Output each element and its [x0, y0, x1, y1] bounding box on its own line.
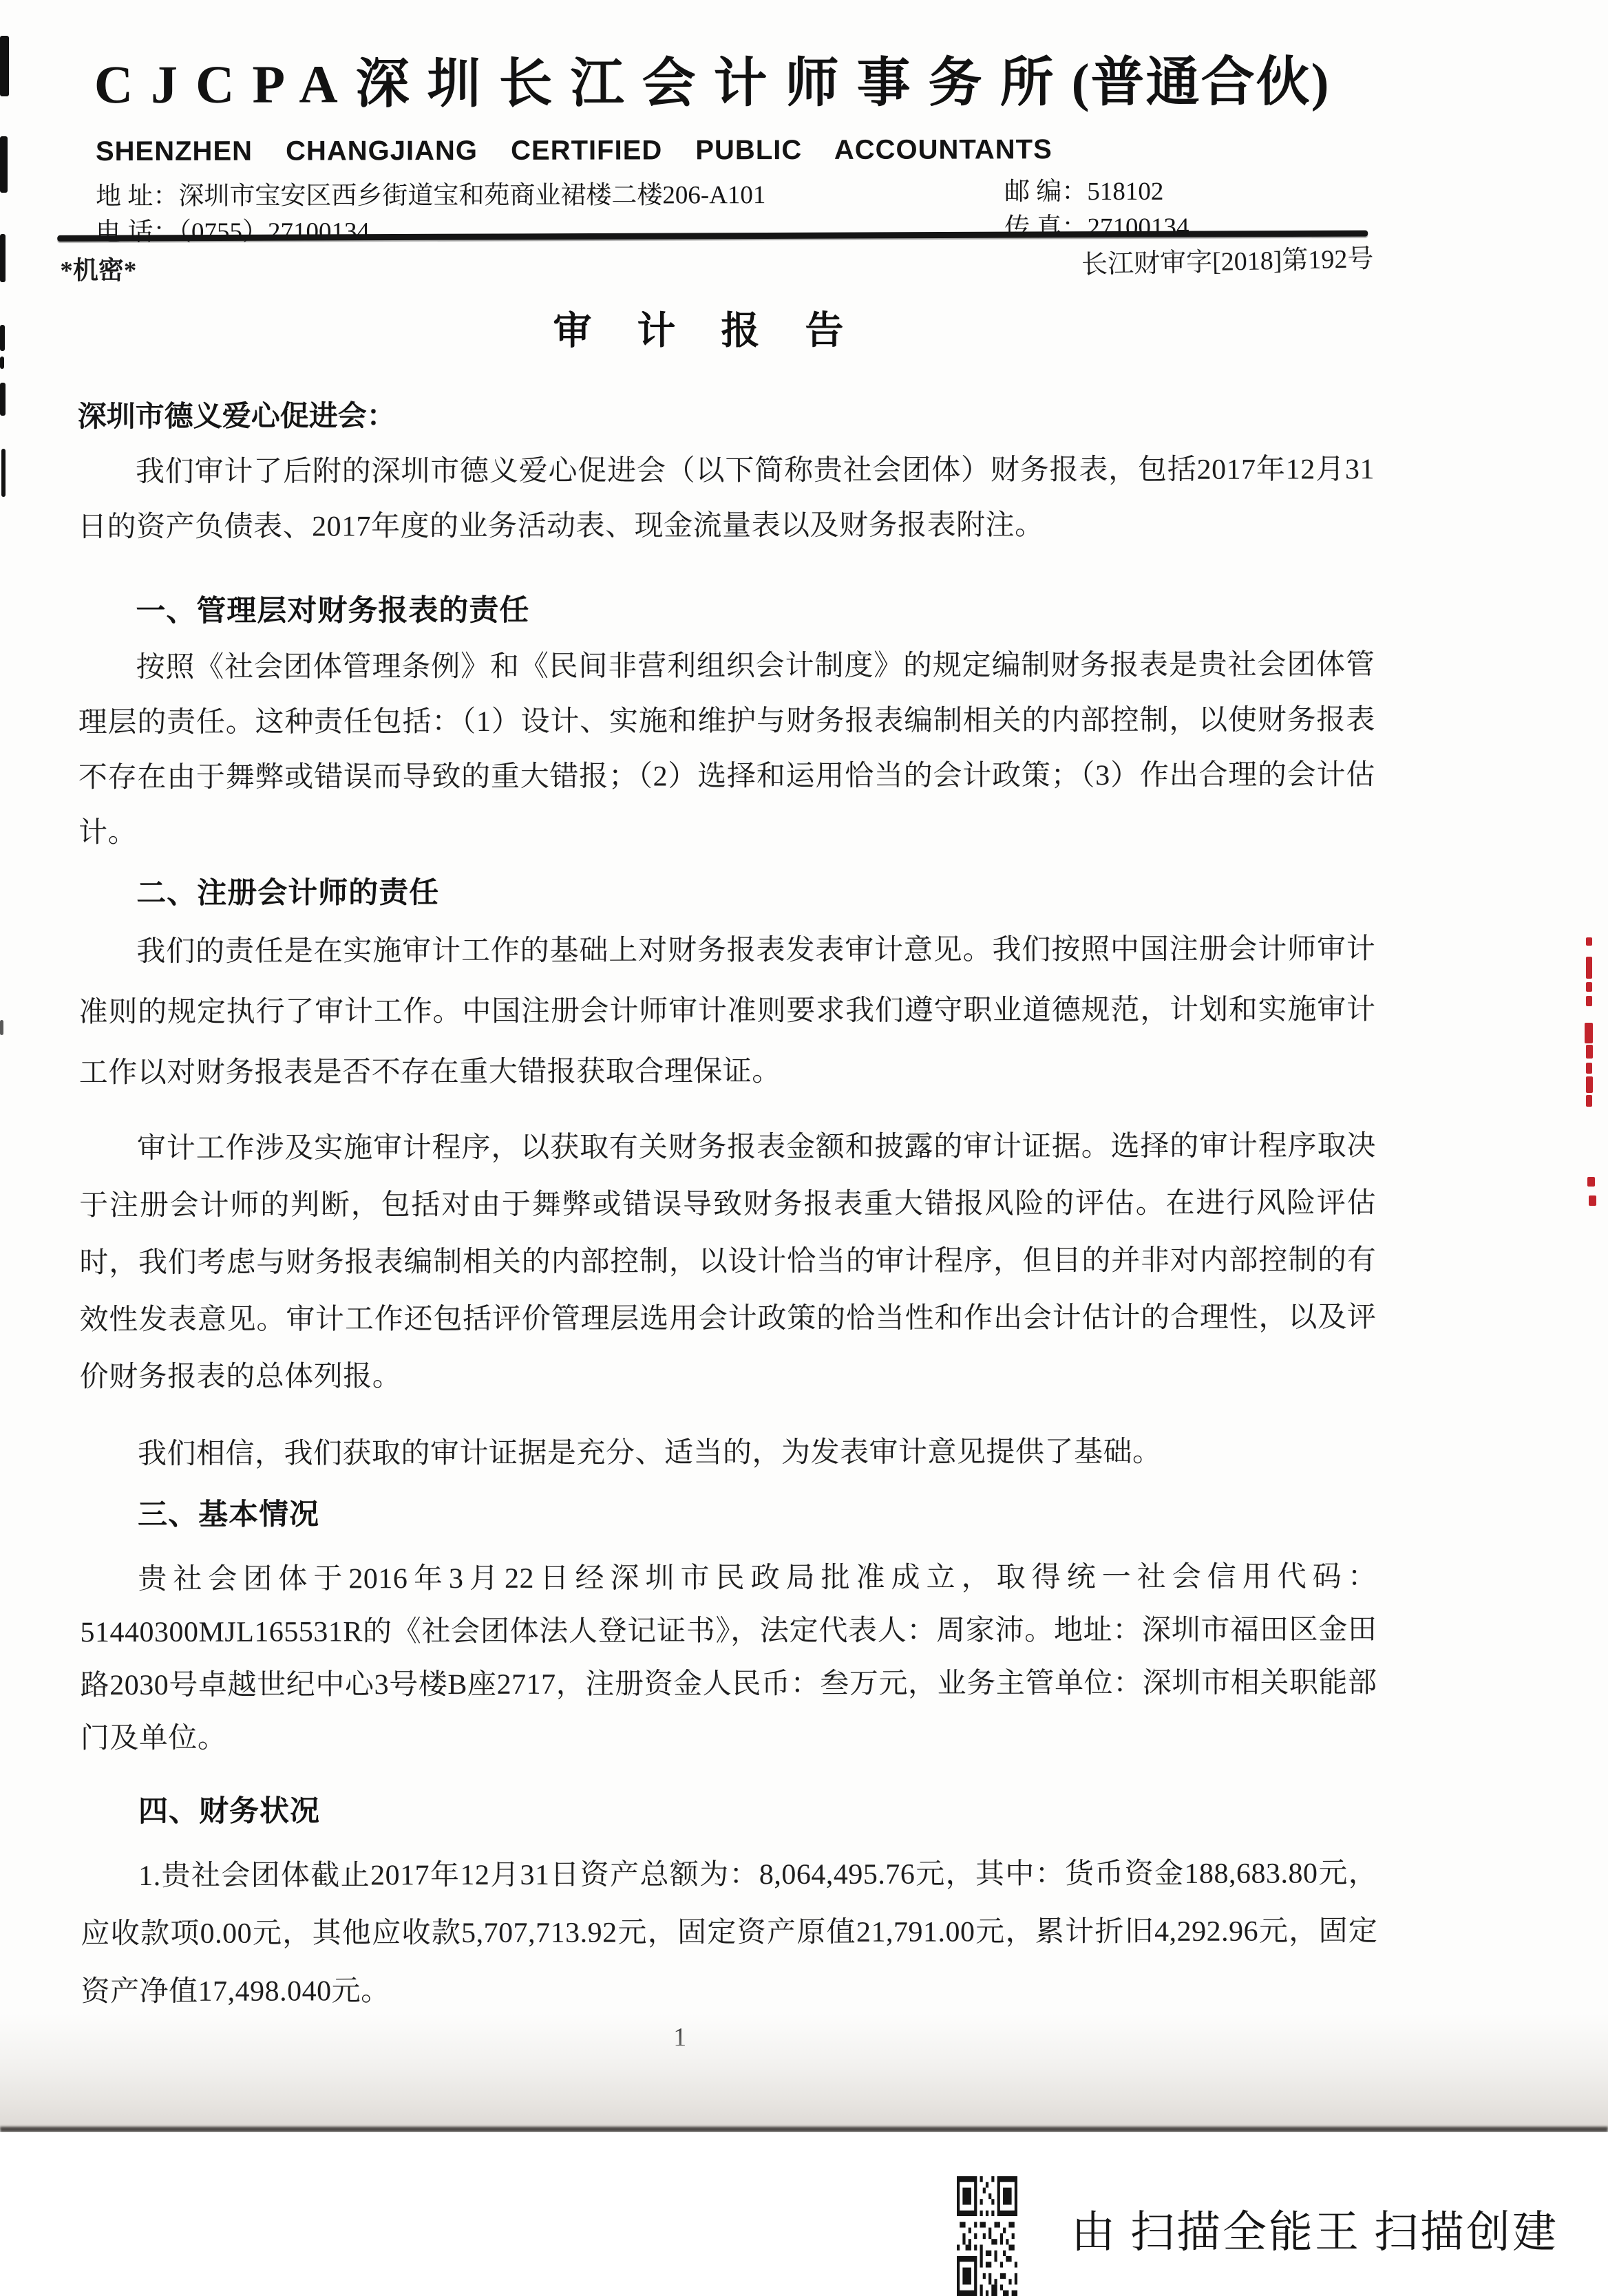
company-name-cn: CJCPA深圳长江会计师事务所(普通合伙) — [94, 39, 1388, 118]
scan-artifact-mark — [0, 136, 8, 193]
scan-paper-bottom-edge — [0, 2127, 1608, 2132]
red-edge-mark — [1585, 1023, 1593, 1043]
section-2-heading: 二、注册会计师的责任 — [136, 869, 439, 912]
company-phone: 电 话：（0755）27100134 — [96, 210, 370, 248]
scan-artifact-mark — [0, 1020, 3, 1035]
addressee: 深圳市德义爱心促进会： — [78, 393, 396, 435]
scan-artifact-mark — [1, 449, 6, 497]
red-edge-mark — [1586, 1076, 1593, 1093]
scan-artifact-mark — [0, 383, 6, 416]
section-4-heading: 四、财务状况 — [138, 1787, 320, 1830]
qr-code — [957, 2176, 1017, 2296]
scan-artifact-mark — [0, 234, 6, 282]
postal-code: 邮 编：518102 — [1004, 170, 1163, 207]
red-edge-mark — [1586, 937, 1592, 946]
section-2-paragraph-2: 审计工作涉及实施审计程序，以获取有关财务报表金额和披露的审计证据。选择的审计程序… — [79, 1118, 1377, 1406]
section-2-paragraph-3: 我们相信，我们获取的审计证据是充分、适当的，为发表审计意见提供了基础。 — [80, 1424, 1377, 1482]
section-4-paragraph: 1.贵社会团体截止2017年12月31日资产总额为：8,064,495.76元，… — [81, 1845, 1378, 2021]
red-edge-mark — [1586, 1095, 1592, 1107]
red-edge-mark — [1586, 957, 1592, 979]
document-number: 长江财审字[2018]第192号 — [927, 237, 1374, 284]
camscanner-watermark-text: 由 扫描全能王 扫描创建 — [1071, 2197, 1558, 2260]
section-2-paragraph-1: 我们的责任是在实施审计工作的基础上对财务报表发表审计意见。我们按照中国注册会计师… — [78, 919, 1376, 1103]
section-1-heading: 一、管理层对财务报表的责任 — [136, 587, 529, 630]
red-edge-mark — [1586, 996, 1592, 1006]
page-title: 审 计 报 告 — [77, 299, 1337, 357]
confidential-label: *机密* — [60, 249, 136, 286]
red-edge-mark — [1586, 982, 1592, 992]
section-1-paragraph: 按照《社会团体管理条例》和《民间非营利组织会计制度》的规定编制财务报表是贵社会团… — [78, 637, 1375, 860]
paragraph-intro: 我们审计了后附的深圳市德义爱心促进会（以下简称贵社会团体）财务报表，包括2017… — [78, 442, 1375, 555]
red-edge-mark — [1586, 1063, 1592, 1074]
scan-content: CJCPA深圳长江会计师事务所(普通合伙) SHENZHEN CHANGJIAN… — [0, 0, 1608, 2296]
company-name-cn-main: CJCPA深圳长江会计师事务所 — [94, 52, 1072, 114]
scan-artifact-mark — [0, 325, 5, 351]
scan-artifact-mark — [0, 357, 4, 369]
company-name-en: SHENZHEN CHANGJIANG CERTIFIED PUBLIC ACC… — [96, 134, 1052, 167]
red-edge-mark — [1589, 1195, 1596, 1206]
section-3-paragraph: 贵社会团体于2016年3月22日经深圳市民政局批准成立，取得统一社会信用代码：5… — [80, 1551, 1377, 1765]
company-name-cn-suffix: (普通合伙) — [1072, 52, 1331, 112]
company-address: 地 址：深圳市宝安区西乡街道宝和苑商业裙楼二楼206-A101 — [96, 173, 765, 212]
red-edge-mark — [1586, 1045, 1593, 1059]
section-3-heading: 三、基本情况 — [138, 1491, 319, 1533]
red-edge-mark — [1587, 1177, 1595, 1187]
scan-artifact-mark — [0, 36, 9, 96]
scan-paper-bottom-shadow — [0, 2014, 1608, 2129]
scanned-audit-report-page: CJCPA深圳长江会计师事务所(普通合伙) SHENZHEN CHANGJIAN… — [0, 0, 1608, 2296]
